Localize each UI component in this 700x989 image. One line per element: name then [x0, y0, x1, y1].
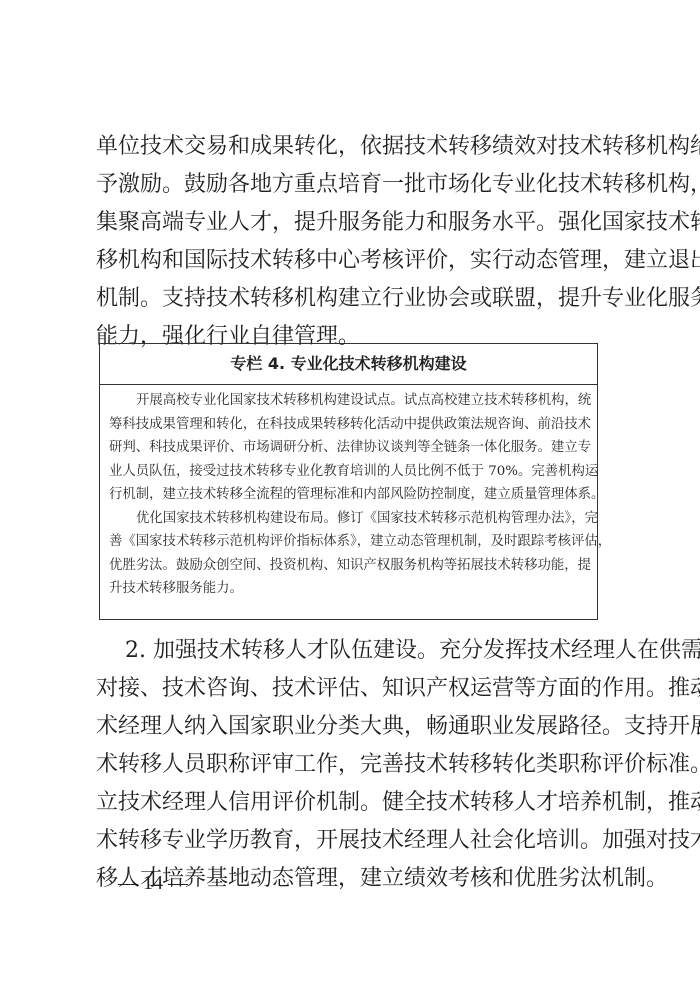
page-number: — 14 —	[118, 872, 188, 895]
sidebar-box-column-4: 专栏 4. 专业化技术转移机构建设 开展高校专业化国家技术转移机构建设试点。试点…	[99, 343, 598, 620]
box-text-line: 筹科技成果管理和转化，在科技成果转移转化活动中提供政策法规咨询、前沿技术	[109, 413, 588, 437]
box-text-line: 升技术转移服务能力。	[109, 577, 588, 601]
text-line: 予激励。鼓励各地方重点培育一批市场化专业化技术转移机构，	[96, 166, 608, 204]
box-text-line: 优胜劣汰。鼓励众创空间、投资机构、知识产权服务机构等拓展技术转移功能，提	[109, 554, 588, 578]
body-paragraph-2: 2. 加强技术转移人才队伍建设。充分发挥技术经理人在供需 对接、技术咨询、技术评…	[96, 632, 608, 898]
body-paragraph-1: 单位技术交易和成果转化，依据技术转移绩效对技术转移机构给 予激励。鼓励各地方重点…	[96, 128, 608, 356]
text-line: 术转移专业学历教育，开展技术经理人社会化培训。加强对技术转	[96, 822, 608, 860]
text-line: 单位技术交易和成果转化，依据技术转移绩效对技术转移机构给	[96, 128, 608, 166]
text-line: 术经理人纳入国家职业分类大典，畅通职业发展路径。支持开展技	[96, 708, 608, 746]
box-text-line: 善《国家技术转移示范机构评价指标体系》，建立动态管理机制，及时跟踪考核评估，	[109, 530, 588, 554]
box-text-line: 优化国家技术转移机构建设布局。修订《国家技术转移示范机构管理办法》，完	[109, 507, 588, 531]
text-line: 机制。支持技术转移机构建立行业协会或联盟，提升专业化服务	[96, 280, 608, 318]
box-text-line: 研判、科技成果评价、市场调研分析、法律协议谈判等全链条一体化服务。建立专	[109, 436, 588, 460]
box-body: 开展高校专业化国家技术转移机构建设试点。试点高校建立技术转移机构，统 筹科技成果…	[100, 385, 597, 601]
text-line: 术转移人员职称评审工作，完善技术转移转化类职称评价标准。建	[96, 746, 608, 784]
box-text-line: 业人员队伍，接受过技术转移专业化教育培训的人员比例不低于 70%。完善机构运	[109, 460, 588, 484]
text-line: 对接、技术咨询、技术评估、知识产权运营等方面的作用。推动技	[96, 670, 608, 708]
text-line: 移机构和国际技术转移中心考核评价，实行动态管理，建立退出	[96, 242, 608, 280]
box-text-line: 开展高校专业化国家技术转移机构建设试点。试点高校建立技术转移机构，统	[109, 389, 588, 413]
box-title: 专栏 4. 专业化技术转移机构建设	[100, 344, 597, 385]
text-line: 2. 加强技术转移人才队伍建设。充分发挥技术经理人在供需	[96, 632, 608, 670]
text-line: 集聚高端专业人才，提升服务能力和服务水平。强化国家技术转	[96, 204, 608, 242]
box-text-line: 行机制，建立技术转移全流程的管理标准和内部风险防控制度，建立质量管理体系。	[109, 483, 588, 507]
document-page: 单位技术交易和成果转化，依据技术转移绩效对技术转移机构给 予激励。鼓励各地方重点…	[0, 0, 700, 989]
text-line: 立技术经理人信用评价机制。健全技术转移人才培养机制，推动技	[96, 784, 608, 822]
